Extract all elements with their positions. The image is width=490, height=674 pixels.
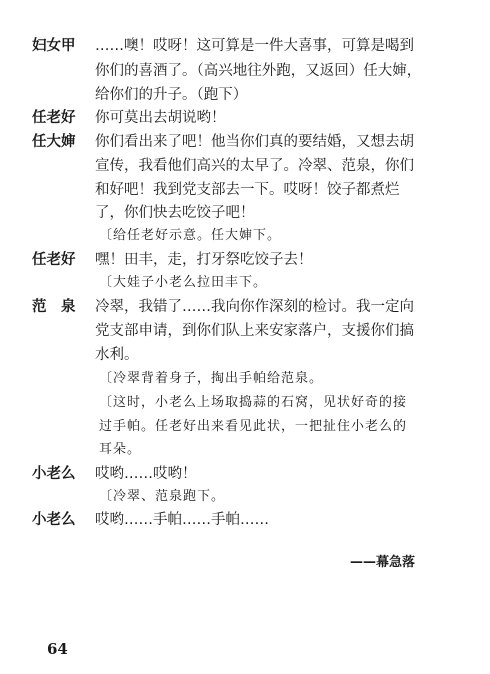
dialogue-line: 和好吧！我到党支部去一下。哎呀！饺子都煮烂 <box>0 178 490 202</box>
stage-direction: 过手帕。任老好出来看见此状，一把扯住小老么的 <box>0 415 490 439</box>
dialogue-line: 宣传，我看他们高兴的太早了。冷翠、范泉，你们 <box>0 154 490 178</box>
curtain-falls-note: ——幕急落 <box>350 551 415 570</box>
stage-direction-text: 耳朵。 <box>99 438 141 462</box>
dialogue-line: 范 泉 冷翠，我错了……我向你作深刻的检讨。我一定向 <box>0 295 490 319</box>
dialogue-line: 任老好 你可莫出去胡说哟！ <box>0 106 490 130</box>
dialogue-text: 给你们的升子。（跑下） <box>95 83 247 107</box>
dialogue-text: 党支部申请，到你们队上来安家落户，支援你们搞 <box>95 319 414 343</box>
dialogue-text: 水利。 <box>95 343 139 367</box>
stage-direction-text: 〔大娃子小老么拉田丰下。 <box>99 271 267 295</box>
dialogue-line: 给你们的升子。（跑下） <box>0 83 490 107</box>
dialogue-line: 小老么 哎哟……哎哟！ <box>0 462 490 486</box>
dialogue-text: 你们看出来了吧！他当你们真的要结婚，又想去胡 <box>95 130 414 154</box>
dialogue-text: ……噢！哎呀！这可算是一件大喜事，可算是喝到 <box>95 34 414 58</box>
page-number: 64 <box>47 640 68 658</box>
dialogue-line: 你们的喜酒了。（高兴地往外跑，又返回）任大婶， <box>0 59 490 83</box>
dialogue-text: 你们的喜酒了。（高兴地往外跑，又返回）任大婶， <box>95 59 421 83</box>
speaker-name: 任老好 <box>32 248 76 272</box>
dialogue-line: 了，你们快去吃饺子吧！ <box>0 201 490 225</box>
stage-direction-text: 〔冷翠背着身子，掏出手帕给范泉。 <box>99 367 323 391</box>
dialogue-text: 你可莫出去胡说哟！ <box>95 106 226 130</box>
dialogue-text: 嘿！田丰，走，打牙祭吃饺子去！ <box>95 248 313 272</box>
stage-direction: 〔大娃子小老么拉田丰下。 <box>0 271 490 295</box>
stage-direction: 〔冷翠背着身子，掏出手帕给范泉。 <box>0 367 490 391</box>
speaker-name: 任大婶 <box>32 130 76 154</box>
dialogue-text: 哎哟……哎哟！ <box>95 462 197 486</box>
stage-direction: 耳朵。 <box>0 438 490 462</box>
book-page: 妇女甲 ……噢！哎呀！这可算是一件大喜事，可算是喝到 你们的喜酒了。（高兴地往外… <box>0 0 490 674</box>
stage-direction-text: 〔给任老好示意。任大婶下。 <box>99 224 281 248</box>
dialogue-text: 了，你们快去吃饺子吧！ <box>95 201 255 225</box>
dialogue-text: 冷翠，我错了……我向你作深刻的检讨。我一定向 <box>95 295 414 319</box>
dialogue-text: 和好吧！我到党支部去一下。哎呀！饺子都煮烂 <box>95 178 400 202</box>
dialogue-line: 小老么 哎哟……手帕……手帕…… <box>0 508 490 532</box>
dialogue-text: 宣传，我看他们高兴的太早了。冷翠、范泉，你们 <box>95 154 414 178</box>
stage-direction-text: 〔冷翠、范泉跑下。 <box>99 485 225 509</box>
dialogue-line: 任大婶 你们看出来了吧！他当你们真的要结婚，又想去胡 <box>0 130 490 154</box>
stage-direction: 〔冷翠、范泉跑下。 <box>0 485 490 509</box>
dialogue-line: 任老好 嘿！田丰，走，打牙祭吃饺子去！ <box>0 248 490 272</box>
stage-direction-text: 过手帕。任老好出来看见此状，一把扯住小老么的 <box>99 415 407 439</box>
speaker-name: 小老么 <box>32 462 76 486</box>
dialogue-line: 水利。 <box>0 343 490 367</box>
stage-direction: 〔这时，小老么上场取捣蒜的石窝，见状好奇的接 <box>0 391 490 415</box>
dialogue-line: 妇女甲 ……噢！哎呀！这可算是一件大喜事，可算是喝到 <box>0 34 490 58</box>
speaker-name: 妇女甲 <box>32 34 76 58</box>
dialogue-text: 哎哟……手帕……手帕…… <box>95 508 269 532</box>
stage-direction: 〔给任老好示意。任大婶下。 <box>0 224 490 248</box>
speaker-name: 小老么 <box>32 508 76 532</box>
speaker-name: 范 泉 <box>32 295 76 319</box>
speaker-name: 任老好 <box>32 106 76 130</box>
stage-direction-text: 〔这时，小老么上场取捣蒜的石窝，见状好奇的接 <box>99 391 407 415</box>
dialogue-line: 党支部申请，到你们队上来安家落户，支援你们搞 <box>0 319 490 343</box>
